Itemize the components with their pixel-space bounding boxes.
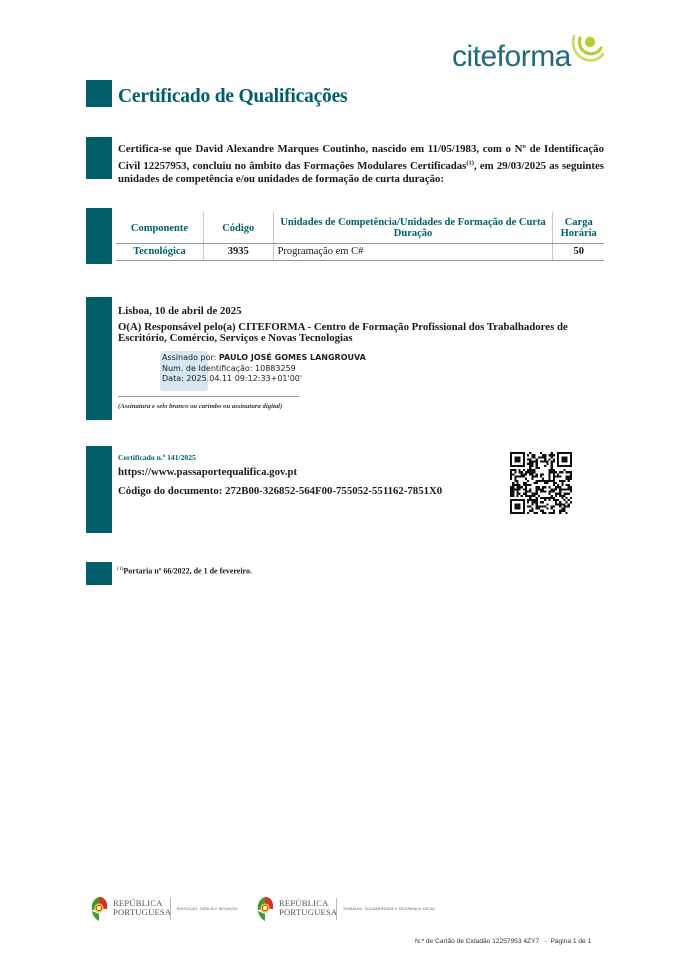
footnote-accent-bar (86, 562, 112, 585)
table-header-row: Componente Código Unidades de Competênci… (116, 212, 604, 244)
certificate-accent-bar (86, 446, 112, 533)
cell-component: Tecnológica (116, 244, 203, 261)
verification-url[interactable]: https://www.passaportequalifica.gov.pt (118, 466, 297, 478)
cell-code: 3935 (203, 244, 273, 261)
title-accent-bar (86, 80, 112, 107)
signature-date: Data: 2025.04.11 09:12:33+01'00' (162, 374, 366, 385)
citeforma-logo: citeforma (452, 30, 612, 78)
gov-logo-education: REPÚBLICAPORTUGUESA EDUCAÇÃO, CIÊNCIA E … (90, 896, 250, 922)
col-component: Componente (116, 212, 203, 244)
page-footer: N.º de Cartão de Cidadão 12257953 4ZY7 -… (415, 938, 591, 945)
holder-name: David Alexandre Marques Coutinho (195, 143, 365, 155)
logo-swirl-icon (564, 30, 604, 66)
id-number: 12257953 (143, 160, 186, 172)
col-hours: Carga Horária (553, 212, 604, 244)
ministry-name: TRABALHO, SOLIDARIEDADE E SEGURANÇA SOCI… (343, 907, 435, 911)
signature-line (118, 396, 299, 397)
gov-name: REPÚBLICAPORTUGUESA (279, 899, 337, 917)
portugal-emblem-icon (90, 896, 108, 922)
qr-code-icon (510, 452, 572, 514)
footnote: (1)Portaria nº 66/2022, de 1 de fevereir… (117, 566, 252, 576)
signer-name: PAULO JOSÉ GOMES LANGROUVA (219, 353, 366, 362)
cell-unit: Programação em C# (273, 244, 553, 261)
signer-id: Num. de Identificação: 10883259 (162, 364, 366, 375)
ministry-name: EDUCAÇÃO, CIÊNCIA E INOVAÇÃO (177, 907, 238, 911)
place-date: Lisboa, 10 de abril de 2025 (118, 305, 242, 317)
page-title: Certificado de Qualificações (118, 86, 347, 108)
table-accent-bar (86, 208, 112, 264)
col-code: Código (203, 212, 273, 244)
qualifications-table: Componente Código Unidades de Competênci… (116, 212, 604, 261)
responsible-entity: O(A) Responsável pelo(a) CITEFORMA - Cen… (118, 322, 588, 344)
gov-name: REPÚBLICAPORTUGUESA (113, 899, 171, 917)
document-code: Código do documento: 272B00-326852-564F0… (118, 485, 442, 497)
divider (170, 898, 171, 920)
signature-accent-bar (86, 297, 112, 420)
completion-date: 29/03/2025 (497, 160, 546, 172)
portugal-emblem-icon (256, 896, 274, 922)
certificate-number: Certificado n.º 141/2025 (118, 453, 196, 462)
signature-caption: (Assinatura e selo branco ou carimbo ou … (118, 403, 282, 410)
divider (336, 898, 337, 920)
footnote-ref: (1) (466, 159, 474, 166)
table-row: Tecnológica 3935 Programação em C# 50 (116, 244, 604, 261)
birth-date: 11/05/1983 (428, 143, 477, 155)
cell-hours: 50 (553, 244, 604, 261)
intro-accent-bar (86, 137, 112, 179)
digital-signature-text: Assinado por: PAULO JOSÉ GOMES LANGROUVA… (162, 353, 366, 385)
certification-statement: Certifica-se que David Alexandre Marques… (118, 143, 604, 186)
logo-text: citeforma (452, 40, 571, 74)
gov-logo-labour: REPÚBLICAPORTUGUESA TRABALHO, SOLIDARIED… (256, 896, 456, 922)
col-units: Unidades de Competência/Unidades de Form… (273, 212, 553, 244)
